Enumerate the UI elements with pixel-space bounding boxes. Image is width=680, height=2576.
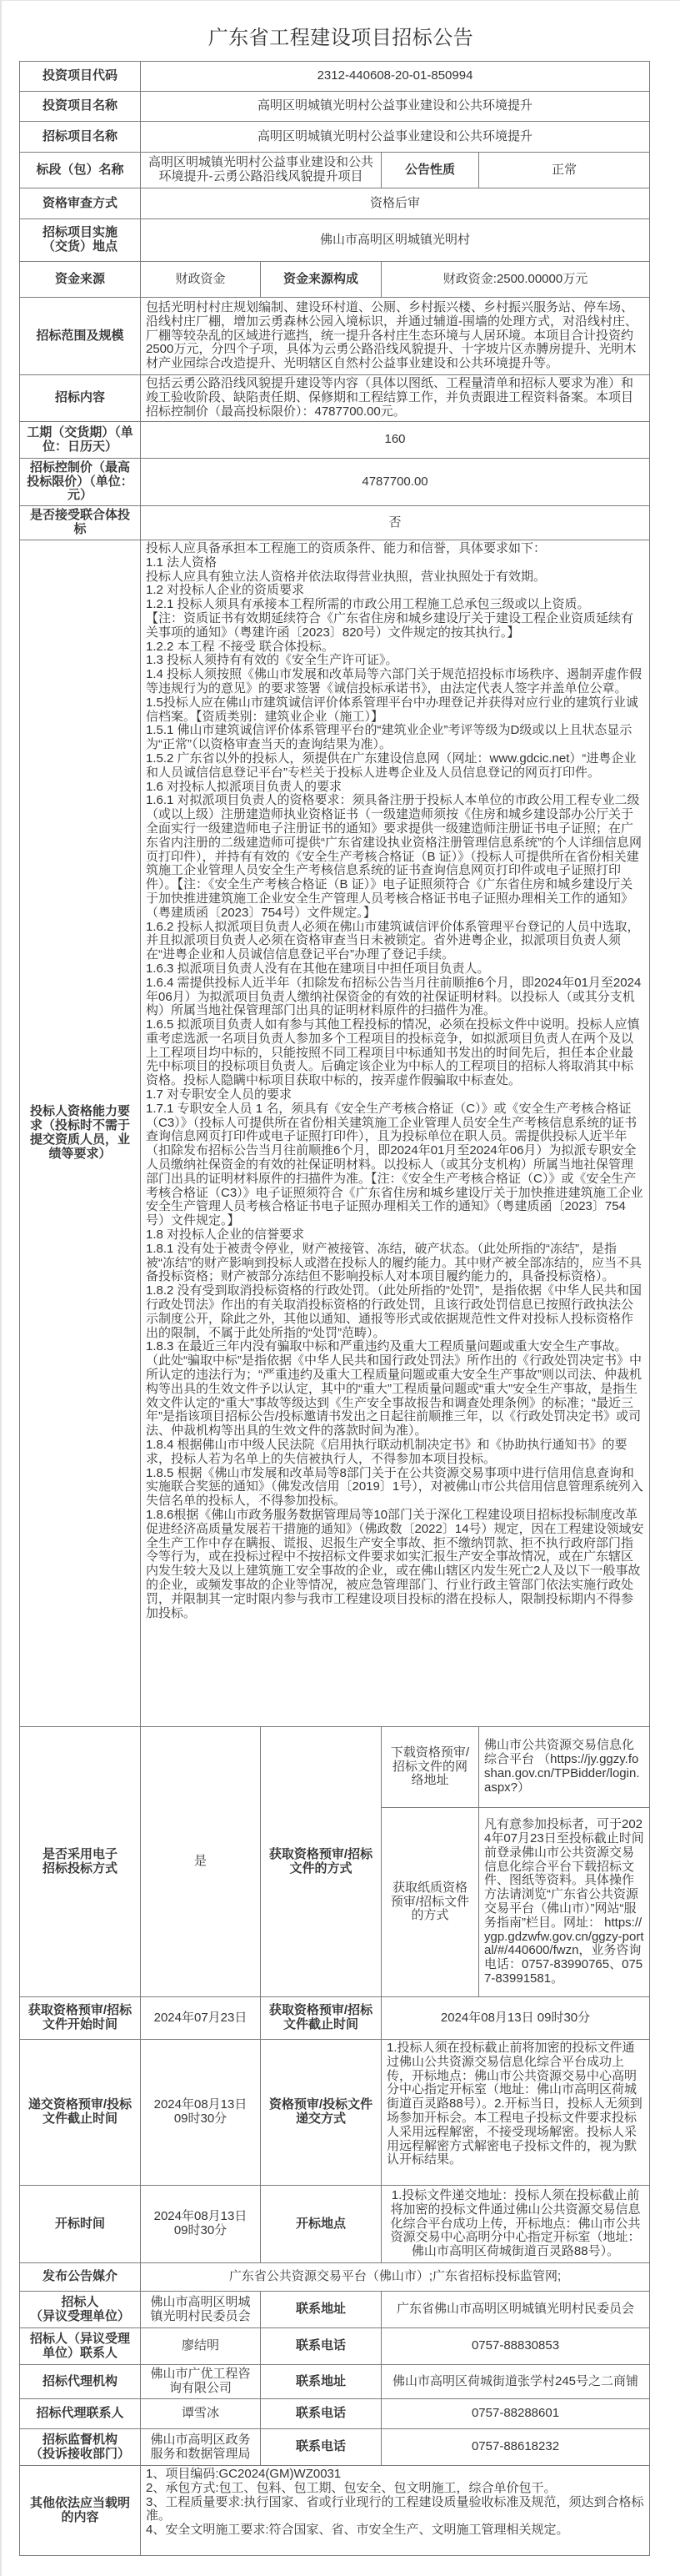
doc-start-time-label: 获取资格预审/招标文件开始时间 bbox=[20, 1997, 141, 2040]
tenderer-address-label: 联系地址 bbox=[261, 2292, 382, 2328]
investment-name-label: 投资项目名称 bbox=[20, 92, 141, 122]
tenderer-phone-value: 0757-88830853 bbox=[382, 2328, 650, 2365]
submission-method-label: 资格预审/投标文件递交方式 bbox=[261, 2040, 382, 2186]
electronic-bidding-label: 是否采用电子 招标投标方式 bbox=[20, 1727, 141, 1997]
location-label: 招标项目实施 （交货）地点 bbox=[20, 219, 141, 262]
other-label: 其他依法应当载明的内容 bbox=[20, 2466, 141, 2556]
fund-composition-label: 资金来源构成 bbox=[261, 262, 382, 298]
content-label: 招标内容 bbox=[20, 375, 141, 422]
row-scope: 招标范围及规模 包括光明村村庄规划编制、建设环村道、公厕、乡村振兴楼、乡村振兴服… bbox=[20, 298, 650, 375]
submission-deadline-label: 递交资格预审/投标文件截止时间 bbox=[20, 2040, 141, 2186]
row-section-name: 标段（包）名称 高明区明城镇光明村公益事业建设和公共环境提升-云勇公路沿线风貌提… bbox=[20, 153, 650, 188]
opening-time-value: 2024年08月13日 09时30分 bbox=[141, 2186, 261, 2263]
fund-composition-value: 财政资金:2500.00000万元 bbox=[382, 262, 650, 298]
investment-code-value: 2312-440608-20-01-850994 bbox=[141, 62, 650, 92]
page-title: 广东省工程建设项目招标公告 bbox=[2, 24, 680, 53]
tenderer-contact-value: 廖结明 bbox=[141, 2328, 261, 2365]
duration-value: 160 bbox=[141, 422, 650, 459]
bidder-qualification-value: 投标人应具备承担本工程施工的资质条件、能力和信誉，具体要求如下： 1.1 法人资… bbox=[141, 540, 650, 1727]
row-duration: 工期（交货期）（单位：日历天） 160 bbox=[20, 422, 650, 459]
row-doc-time: 获取资格预审/招标文件开始时间 2024年07月23日 获取资格预审/招标文件截… bbox=[20, 1997, 650, 2040]
doc-acquisition-method-label: 获取资格预审/招标文件的方式 bbox=[261, 1727, 382, 1997]
opening-time-label: 开标时间 bbox=[20, 2186, 141, 2263]
agency-phone-value: 0757-88288601 bbox=[382, 2399, 650, 2429]
row-supervisor: 招标监督机构 （投诉接收部门） 佛山市高明区政务服务和数据管理局 联系电话 07… bbox=[20, 2429, 650, 2466]
supervisor-value: 佛山市高明区政务服务和数据管理局 bbox=[141, 2429, 261, 2466]
row-agency: 招标代理机构 佛山市广优工程咨询有限公司 联系地址 佛山市高明区荷城街道张学村2… bbox=[20, 2365, 650, 2399]
control-price-value: 4787700.00 bbox=[141, 459, 650, 506]
row-investment-name: 投资项目名称 高明区明城镇光明村公益事业建设和公共环境提升 bbox=[20, 92, 650, 122]
supervisor-label: 招标监督机构 （投诉接收部门） bbox=[20, 2429, 141, 2466]
row-fund-source: 资金来源 财政资金 资金来源构成 财政资金:2500.00000万元 bbox=[20, 262, 650, 298]
other-value: 1、项目编码:GC2024(GM)WZ0031 2、承包方式:包工、包料、包工期… bbox=[141, 2466, 650, 2556]
section-name-label: 标段（包）名称 bbox=[20, 153, 141, 188]
row-submission: 递交资格预审/投标文件截止时间 2024年08月13日 09时30分 资格预审/… bbox=[20, 2040, 650, 2186]
opening-place-label: 开标地点 bbox=[261, 2186, 382, 2263]
location-value: 佛山市高明区明城镇光明村 bbox=[141, 219, 650, 262]
fund-source-label: 资金来源 bbox=[20, 262, 141, 298]
duration-label: 工期（交货期）（单位：日历天） bbox=[20, 422, 141, 459]
agency-value: 佛山市广优工程咨询有限公司 bbox=[141, 2365, 261, 2399]
row-location: 招标项目实施 （交货）地点 佛山市高明区明城镇光明村 bbox=[20, 219, 650, 262]
row-opening: 开标时间 2024年08月13日 09时30分 开标地点 1.投标文件递交地址：… bbox=[20, 2186, 650, 2263]
row-tenderer: 招标人 （异议受理单位） 佛山市高明区明城镇光明村民委员会 联系地址 广东省佛山… bbox=[20, 2292, 650, 2328]
tenderer-address-value: 广东省佛山市高明区明城镇光明村民委员会 bbox=[382, 2292, 650, 2328]
row-agency-contact: 招标代理联系人 谭雪冰 联系电话 0757-88288601 bbox=[20, 2399, 650, 2429]
notice-type-value: 正常 bbox=[479, 153, 650, 188]
qualification-review-value: 资格后审 bbox=[141, 188, 650, 219]
row-electronic-bidding: 是否采用电子 招标投标方式 是 获取资格预审/招标文件的方式 下载资格预审/招标… bbox=[20, 1727, 650, 1808]
tenderer-value: 佛山市高明区明城镇光明村民委员会 bbox=[141, 2292, 261, 2328]
row-bidder-qualification: 投标人资格能力要求（投标时不需于提交资质人员，业绩等要求） 投标人应具备承担本工… bbox=[20, 540, 650, 1727]
submission-method-value: 1.投标人须在投标截止前将加密的投标文件通过佛山公共资源交易信息化综合平台成功上… bbox=[382, 2040, 650, 2186]
tender-project-name-label: 招标项目名称 bbox=[20, 122, 141, 153]
announcement-page: 广东省工程建设项目招标公告 投资项目代码 2312-440608-20-01-8… bbox=[0, 0, 680, 2576]
agency-address-value: 佛山市高明区荷城街道张学村245号之二商铺 bbox=[382, 2365, 650, 2399]
investment-code-label: 投资项目代码 bbox=[20, 62, 141, 92]
investment-name-value: 高明区明城镇光明村公益事业建设和公共环境提升 bbox=[141, 92, 650, 122]
section-name-value: 高明区明城镇光明村公益事业建设和公共环境提升-云勇公路沿线风貌提升项目 bbox=[141, 153, 382, 188]
row-content: 招标内容 包括云勇公路沿线风貌提升建设等内容（具体以图纸、工程量清单和招标人要求… bbox=[20, 375, 650, 422]
tender-project-name-value: 高明区明城镇光明村公益事业建设和公共环境提升 bbox=[141, 122, 650, 153]
agency-phone-label: 联系电话 bbox=[261, 2399, 382, 2429]
control-price-label: 招标控制价（最高投标限价）（单位：元） bbox=[20, 459, 141, 506]
fund-source-value: 财政资金 bbox=[141, 262, 261, 298]
media-label: 发布公告媒介 bbox=[20, 2263, 141, 2292]
row-qualification-review: 资格审查方式 资格后审 bbox=[20, 188, 650, 219]
tenderer-contact-label: 招标人（异议受理单位）联系人 bbox=[20, 2328, 141, 2365]
supervisor-phone-value: 0757-88618232 bbox=[382, 2429, 650, 2466]
row-consortium: 是否接受联合体投标 否 bbox=[20, 506, 650, 540]
download-url-value: 佛山市公共资源交易信息化综合平台 （https://jy.ggzy.foshan… bbox=[479, 1727, 650, 1808]
row-tender-project-name: 招标项目名称 高明区明城镇光明村公益事业建设和公共环境提升 bbox=[20, 122, 650, 153]
row-other: 其他依法应当载明的内容 1、项目编码:GC2024(GM)WZ0031 2、承包… bbox=[20, 2466, 650, 2556]
tenderer-label: 招标人 （异议受理单位） bbox=[20, 2292, 141, 2328]
row-media: 发布公告媒介 广东省公共资源交易平台（佛山市）;广东省招标投标监管网; bbox=[20, 2263, 650, 2292]
tenderer-phone-label: 联系电话 bbox=[261, 2328, 382, 2365]
media-value: 广东省公共资源交易平台（佛山市）;广东省招标投标监管网; bbox=[141, 2263, 650, 2292]
row-control-price: 招标控制价（最高投标限价）（单位：元） 4787700.00 bbox=[20, 459, 650, 506]
row-investment-code: 投资项目代码 2312-440608-20-01-850994 bbox=[20, 62, 650, 92]
download-url-label: 下载资格预审/招标文件的网络地址 bbox=[382, 1727, 479, 1808]
agency-label: 招标代理机构 bbox=[20, 2365, 141, 2399]
content-value: 包括云勇公路沿线风貌提升建设等内容（具体以图纸、工程量清单和招标人要求为准）和竣… bbox=[141, 375, 650, 422]
opening-place-value: 1.投标文件递交地址：投标人须在投标截止前将加密的投标文件通过佛山公共资源交易信… bbox=[382, 2186, 650, 2263]
electronic-bidding-value: 是 bbox=[141, 1727, 261, 1997]
consortium-value: 否 bbox=[141, 506, 650, 540]
doc-start-time-value: 2024年07月23日 bbox=[141, 1997, 261, 2040]
submission-deadline-value: 2024年08月13日 09时30分 bbox=[141, 2040, 261, 2186]
paper-doc-method-value: 凡有意参加投标者，可于2024年07月23日至投标截止时间前登录佛山市公共资源交… bbox=[479, 1808, 650, 1997]
qualification-review-label: 资格审查方式 bbox=[20, 188, 141, 219]
scope-value: 包括光明村村庄规划编制、建设环村道、公厕、乡村振兴楼、乡村振兴服务站、停车场、沿… bbox=[141, 298, 650, 375]
scope-label: 招标范围及规模 bbox=[20, 298, 141, 375]
doc-end-time-label: 获取资格预审/招标文件截止时间 bbox=[261, 1997, 382, 2040]
announcement-table: 投资项目代码 2312-440608-20-01-850994 投资项目名称 高… bbox=[19, 61, 650, 2556]
bidder-qualification-label: 投标人资格能力要求（投标时不需于提交资质人员，业绩等要求） bbox=[20, 540, 141, 1727]
consortium-label: 是否接受联合体投标 bbox=[20, 506, 141, 540]
agency-contact-label: 招标代理联系人 bbox=[20, 2399, 141, 2429]
agency-contact-value: 谭雪冰 bbox=[141, 2399, 261, 2429]
agency-address-label: 联系地址 bbox=[261, 2365, 382, 2399]
supervisor-phone-label: 联系电话 bbox=[261, 2429, 382, 2466]
row-tenderer-contact: 招标人（异议受理单位）联系人 廖结明 联系电话 0757-88830853 bbox=[20, 2328, 650, 2365]
notice-type-label: 公告性质 bbox=[382, 153, 479, 188]
paper-doc-method-label: 获取纸质资格预审/招标文件的方式 bbox=[382, 1808, 479, 1997]
doc-end-time-value: 2024年08月13日 09时30分 bbox=[382, 1997, 650, 2040]
